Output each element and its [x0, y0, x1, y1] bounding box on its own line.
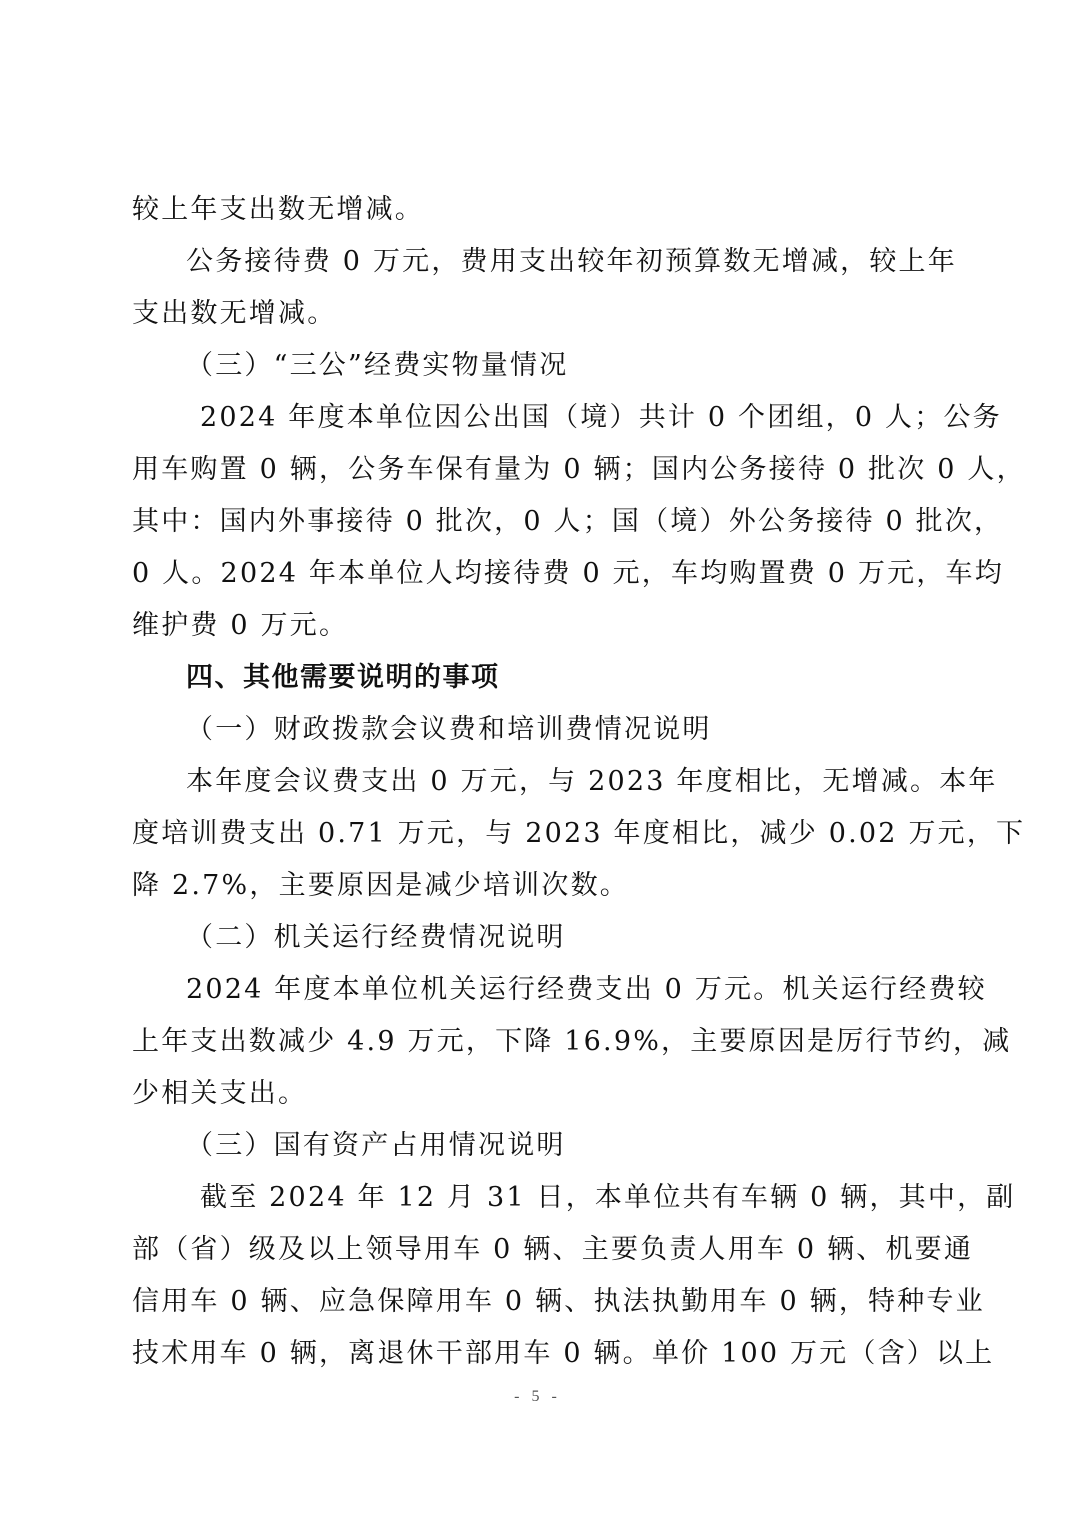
body-line: 降 2.7%，主要原因是减少培训次数。: [132, 868, 942, 904]
body-line: 2024 年度本单位因公出国（境）共计 0 个团组，0 人；公务: [200, 400, 942, 436]
body-line: 公务接待费 0 万元，费用支出较年初预算数无增减，较上年: [186, 244, 942, 280]
section-subheading: （三）国有资产占用情况说明: [186, 1128, 996, 1164]
body-line: 信用车 0 辆、应急保障用车 0 辆、执法执勤用车 0 辆，特种专业: [132, 1284, 942, 1320]
document-page: 较上年支出数无增减。 公务接待费 0 万元，费用支出较年初预算数无增减，较上年 …: [0, 0, 1075, 1520]
body-line: 截至 2024 年 12 月 31 日，本单位共有车辆 0 辆，其中，副: [200, 1180, 942, 1216]
section-subheading: （一）财政拨款会议费和培训费情况说明: [186, 712, 996, 748]
section-subheading: （三）“三公”经费实物量情况: [186, 348, 996, 384]
body-line: 上年支出数减少 4.9 万元，下降 16.9%，主要原因是厉行节约，减: [132, 1024, 942, 1060]
body-line: 少相关支出。: [132, 1076, 942, 1112]
body-line: 本年度会议费支出 0 万元，与 2023 年度相比，无增减。本年: [186, 764, 942, 800]
body-line: 部（省）级及以上领导用车 0 辆、主要负责人用车 0 辆、机要通: [132, 1232, 942, 1268]
body-line: 0 人。2024 年本单位人均接待费 0 元，车均购置费 0 万元，车均: [132, 556, 942, 592]
body-line: 度培训费支出 0.71 万元，与 2023 年度相比，减少 0.02 万元，下: [132, 816, 942, 852]
body-line: 维护费 0 万元。: [132, 608, 942, 644]
section-subheading: （二）机关运行经费情况说明: [186, 920, 996, 956]
body-line: 支出数无增减。: [132, 296, 942, 332]
body-line: 用车购置 0 辆，公务车保有量为 0 辆；国内公务接待 0 批次 0 人，: [132, 452, 942, 488]
body-line: 技术用车 0 辆，离退休干部用车 0 辆。单价 100 万元（含）以上: [132, 1336, 942, 1372]
page-number: - 5 -: [0, 1388, 1075, 1406]
section-heading: 四、其他需要说明的事项: [186, 660, 942, 696]
body-line: 较上年支出数无增减。: [132, 192, 942, 228]
body-line: 2024 年度本单位机关运行经费支出 0 万元。机关运行经费较: [186, 972, 942, 1008]
body-line: 其中：国内外事接待 0 批次，0 人；国（境）外公务接待 0 批次，: [132, 504, 942, 540]
